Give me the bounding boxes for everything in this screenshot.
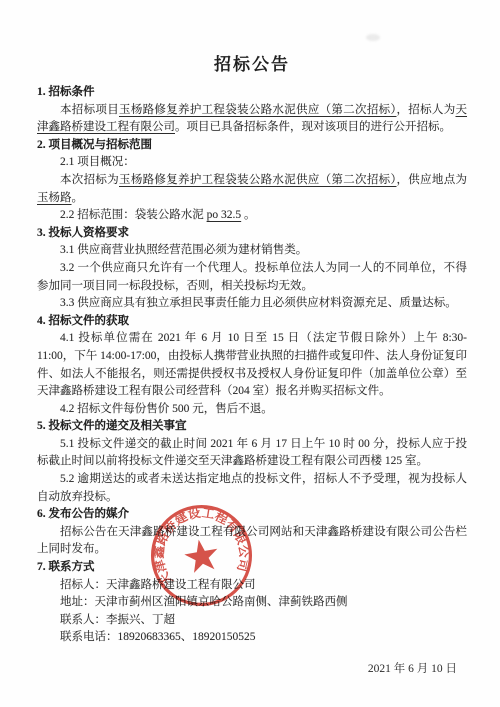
paragraph: 本招标项目玉杨路修复养护工程袋装公路水泥供应（第二次招标），招标人为天津鑫路桥建… [37, 102, 467, 137]
text-segment: ，招标人为 [397, 104, 456, 116]
paragraph: 4.2 招标文件每份售价 500 元，售后不退。 [37, 401, 467, 419]
underlined-text: 玉杨路 [37, 192, 72, 204]
text-segment: 5.1 投标文件递交的截止时间 2021 年 6 月 17 日上午 10 时 0… [37, 438, 467, 468]
paragraph: 招标公告在天津鑫路桥建设工程有限公司网站和天津鑫路桥建设有限公司公告栏上同时发布… [37, 524, 467, 559]
section-heading: 7. 联系方式 [37, 559, 467, 577]
text-segment: 本招标项目 [60, 104, 119, 116]
text-segment: 本次招标为 [60, 174, 119, 186]
document-page: 招标公告 1. 招标条件本招标项目玉杨路修复养护工程袋装公路水泥供应（第二次招标… [0, 0, 500, 707]
paragraph: 2.1 项目概况： [37, 154, 467, 172]
text-segment: 7. 联系方式 [37, 561, 95, 573]
document-date: 2021 年 6 月 10 日 [37, 661, 467, 679]
text-segment: 。项目已具备招标条件，现对该项目的进行公开招标。 [175, 121, 451, 133]
text-segment: 3.1 供应商营业执照经营范围必须为建材销售类。 [60, 244, 307, 256]
document-title: 招标公告 [37, 50, 467, 75]
text-segment: 。 [241, 209, 255, 221]
paragraph: 3.1 供应商营业执照经营范围必须为建材销售类。 [37, 242, 467, 260]
paragraph: 2.2 招标范围：袋装公路水泥 po 32.5 。 [37, 207, 467, 225]
text-segment: 5. 投标文件的递交及相关事宜 [37, 420, 187, 432]
text-segment: 5.2 逾期送达的或者未送达指定地点的投标文件，招标人不予受理，视为投标人自动放… [37, 473, 467, 503]
scan-artifact [366, 34, 380, 41]
text-segment: 4.1 投标单位需在 2021 年 6 月 10 日至 15 日（法定节假日除外… [37, 332, 467, 397]
paragraph: 联系人：李振兴、丁超 [37, 612, 467, 630]
section-heading: 3. 投标人资格要求 [37, 225, 467, 243]
text-segment: 地址：天津市蓟州区渔阳镇京哈公路南侧、津蓟铁路西侧 [60, 596, 348, 608]
paragraph: 5.2 逾期送达的或者未送达指定地点的投标文件，招标人不予受理，视为投标人自动放… [37, 471, 467, 506]
section-heading: 2. 项目概况与招标范围 [37, 137, 467, 155]
text-segment: 6. 发布公告的媒介 [37, 508, 129, 520]
text-segment: 联系人：李振兴、丁超 [60, 614, 175, 626]
text-segment: 1. 招标条件 [37, 86, 95, 98]
text-segment: 招标公告在天津鑫路桥建设工程有限公司网站和天津鑫路桥建设有限公司公告栏上同时发布… [37, 526, 467, 556]
section-heading: 1. 招标条件 [37, 84, 467, 102]
paragraph: 5.1 投标文件递交的截止时间 2021 年 6 月 17 日上午 10 时 0… [37, 436, 467, 471]
text-segment: 2.2 招标范围：袋装公路水泥 [60, 209, 207, 221]
document-content: 招标公告 1. 招标条件本招标项目玉杨路修复养护工程袋装公路水泥供应（第二次招标… [37, 50, 467, 679]
paragraph: 4.1 投标单位需在 2021 年 6 月 10 日至 15 日（法定节假日除外… [37, 330, 467, 400]
underlined-text: 玉杨路修复养护工程袋装公路水泥供应（第二次招标） [119, 174, 396, 186]
text-segment: 4. 招标文件的获取 [37, 315, 129, 327]
text-segment: 。 [72, 192, 84, 204]
section-heading: 6. 发布公告的媒介 [37, 506, 467, 524]
text-segment: 3. 投标人资格要求 [37, 227, 129, 239]
paragraph: 地址：天津市蓟州区渔阳镇京哈公路南侧、津蓟铁路西侧 [37, 594, 467, 612]
paragraph: 联系电话：18920683365、18920150525 [37, 629, 467, 647]
underlined-text: po 32.5 [207, 209, 242, 221]
text-segment: 招标人：天津鑫路桥建设工程有限公司 [60, 579, 256, 591]
underlined-text: 玉杨路修复养护工程袋装公路水泥供应（第二次招标） [119, 104, 396, 116]
text-segment: ，供应地点为 [397, 174, 468, 186]
text-segment: 4.2 招标文件每份售价 500 元，售后不退。 [60, 403, 273, 415]
section-heading: 4. 招标文件的获取 [37, 313, 467, 331]
paragraph: 本次招标为玉杨路修复养护工程袋装公路水泥供应（第二次招标），供应地点为玉杨路。 [37, 172, 467, 207]
paragraph: 招标人：天津鑫路桥建设工程有限公司 [37, 577, 467, 595]
text-segment: 3.3 供应商应具有独立承担民事责任能力且必须供应材料资源充足、质量达标。 [60, 297, 457, 309]
text-segment: 2. 项目概况与招标范围 [37, 139, 152, 151]
text-segment: 2.1 项目概况： [60, 156, 135, 168]
section-heading: 5. 投标文件的递交及相关事宜 [37, 418, 467, 436]
paragraph: 3.3 供应商应具有独立承担民事责任能力且必须供应材料资源充足、质量达标。 [37, 295, 467, 313]
document-body: 1. 招标条件本招标项目玉杨路修复养护工程袋装公路水泥供应（第二次招标），招标人… [37, 84, 467, 647]
text-segment: 3.2 一个供应商只允许有一个代理人。投标单位法人为同一人的不同单位，不得参加同… [37, 262, 467, 292]
text-segment: 联系电话：18920683365、18920150525 [60, 631, 256, 643]
paragraph: 3.2 一个供应商只允许有一个代理人。投标单位法人为同一人的不同单位，不得参加同… [37, 260, 467, 295]
